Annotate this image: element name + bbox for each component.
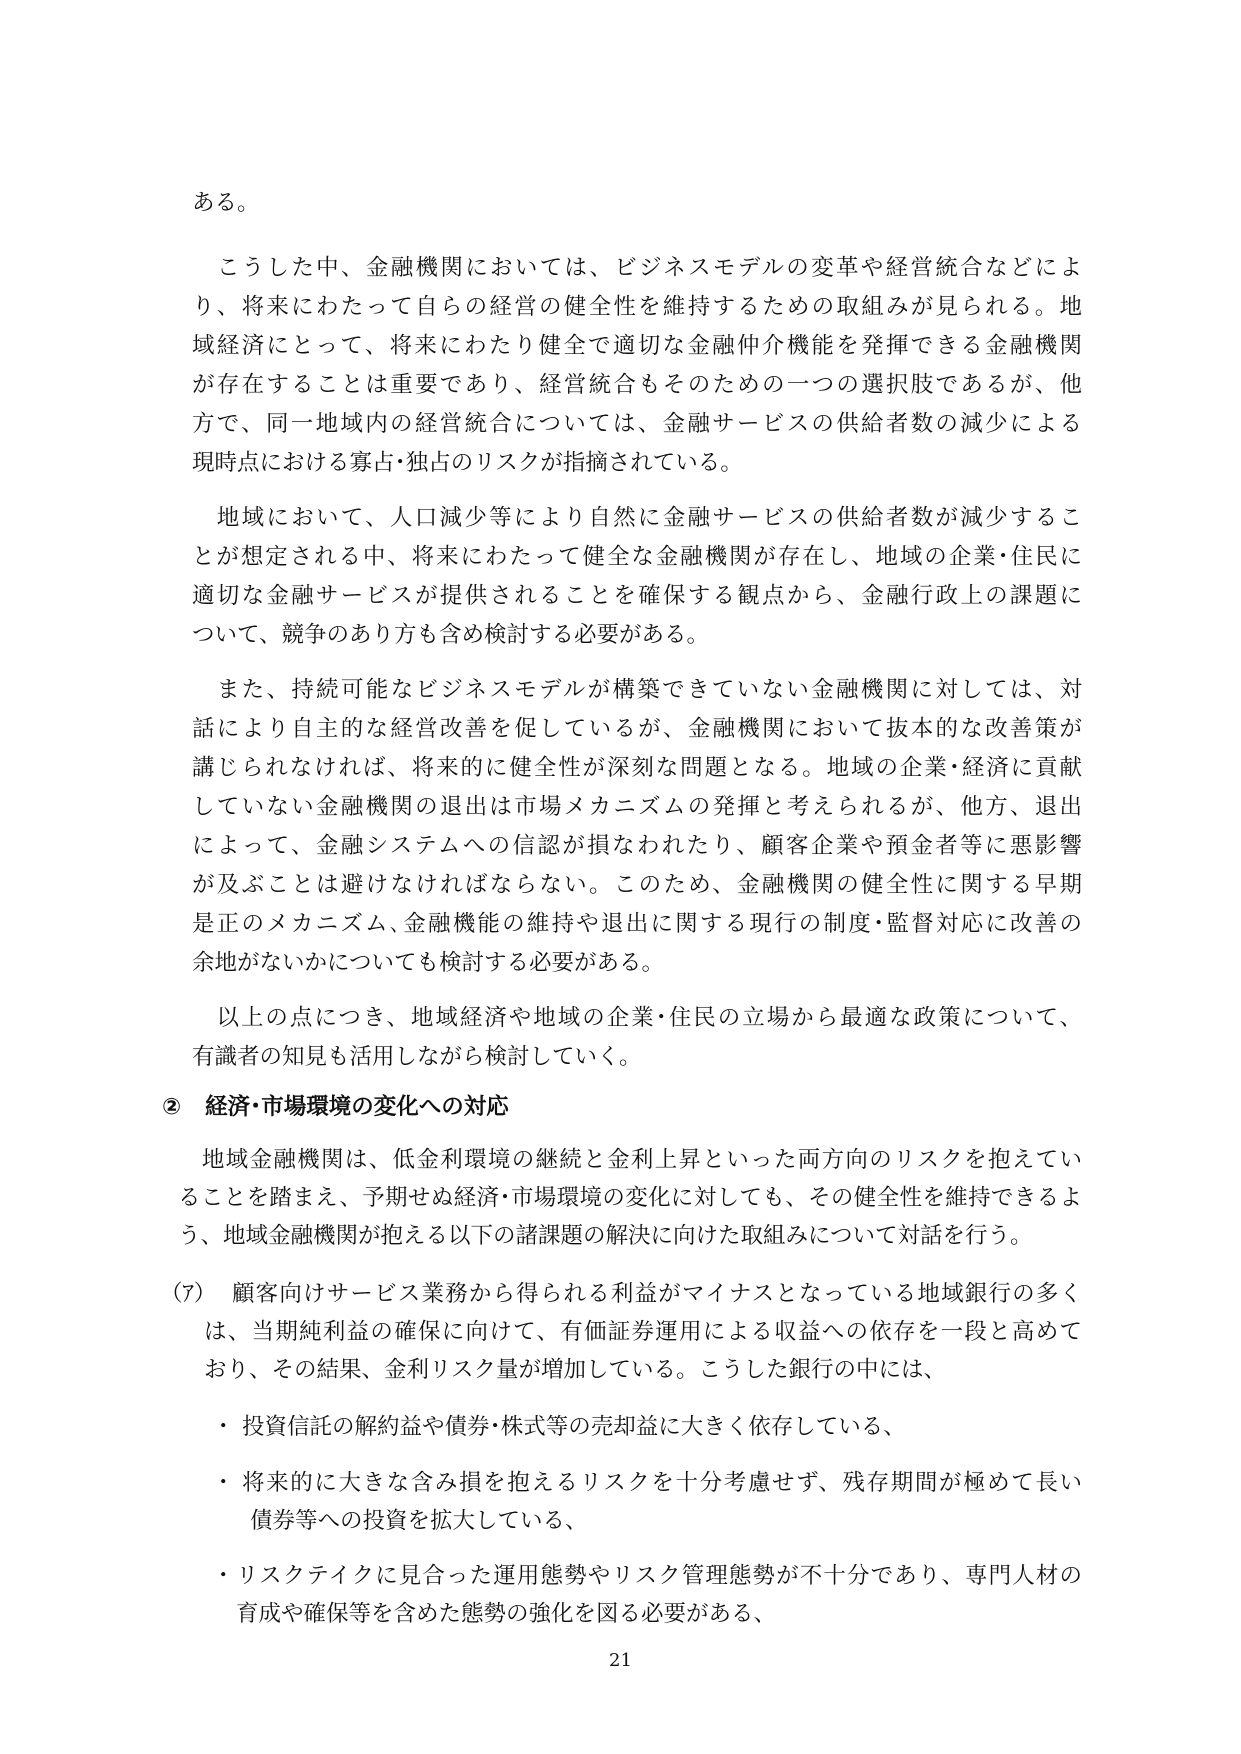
paragraph-line: 話により自主的な経営改善を促しているが、金融機関において抜本的な改善策が: [192, 714, 1082, 744]
page-number: 21: [0, 1650, 1241, 1671]
bullet-marker: ・: [212, 1468, 235, 1498]
paragraph-line: こうした中、金融機関においては、ビジネスモデルの変革や経営統合などによ: [192, 253, 1082, 283]
item-line: おり、その結果、金利リスク量が増加している。こうした銀行の中には、: [204, 1355, 946, 1385]
paragraph-line: り、将来にわたって自らの経営の健全性を維持するための取組みが見られる。地: [192, 292, 1082, 322]
paragraph-line: 有識者の知見も活用しながら検討していく。: [192, 1042, 642, 1072]
continuation-text: ある。: [192, 188, 260, 218]
paragraph-line: 地域金融機関は、低金利環境の継続と金利上昇といった両方向のリスクを抱えてい: [178, 1145, 1082, 1175]
paragraph-line: 地域において、人口減少等により自然に金融サービスの供給者数が減少するこ: [192, 503, 1082, 533]
item-label: （ｱ）: [160, 1279, 216, 1309]
paragraph-line: とが想定される中、将来にわたって健全な金融機関が存在し、地域の企業･住民に: [192, 542, 1082, 572]
paragraph-line: していない金融機関の退出は市場メカニズムの発揮と考えられるが、他方、退出: [192, 792, 1082, 822]
bullet-line: 債券等への投資を拡大している、: [250, 1506, 588, 1536]
paragraph-line: ることを踏まえ、予期せぬ経済･市場環境の変化に対しても、その健全性を維持できるよ: [178, 1183, 1082, 1213]
paragraph-line: が存在することは重要であり、経営統合もそのための一つの選択肢であるが、他: [192, 370, 1082, 400]
paragraph-line: が及ぶことは避けなければならない。このため、金融機関の健全性に関する早期: [192, 870, 1082, 900]
paragraph-line: 適切な金融サービスが提供されることを確保する観点から、金融行政上の課題に: [192, 581, 1082, 611]
bullet-line: 投資信託の解約益や債券･株式等の売却益に大きく依存している、: [242, 1412, 906, 1442]
bullet-line: 育成や確保等を含めた態勢の強化を図る必要がある、: [236, 1599, 776, 1629]
paragraph-line: 域経済にとって、将来にわたり健全で適切な金融仲介機能を発揮できる金融機関: [192, 331, 1082, 361]
section-number: ②: [162, 1092, 181, 1122]
paragraph-line: う、地域金融機関が抱える以下の諸課題の解決に向けた取組みについて対話を行う。: [178, 1221, 1033, 1251]
bullet-line: 将来的に大きな含み損を抱えるリスクを十分考慮せず、残存期間が極めて長い: [242, 1468, 1082, 1498]
bullet-line: リスクテイクに見合った運用態勢やリスク管理態勢が不十分であり、専門人材の: [236, 1561, 1082, 1591]
section-title: 経済･市場環境の変化への対応: [205, 1092, 509, 1122]
paragraph-line: 方で、同一地域内の経営統合については、金融サービスの供給者数の減少による: [192, 409, 1082, 439]
paragraph-line: また、持続可能なビジネスモデルが構築できていない金融機関に対しては、対: [192, 675, 1082, 705]
paragraph-line: 講じられなければ、将来的に健全性が深刻な問題となる。地域の企業･経済に貢献: [192, 753, 1082, 783]
bullet-marker: ・: [212, 1561, 235, 1591]
item-line: は、当期純利益の確保に向けて、有価証券運用による収益への依存を一段と高めて: [204, 1317, 1082, 1347]
paragraph-line: 是正のメカニズム､金融機能の維持や退出に関する現行の制度･監督対応に改善の: [192, 909, 1082, 939]
paragraph-line: 余地がないかについても検討する必要がある。: [192, 948, 664, 978]
item-line: 顧客向けサービス業務から得られる利益がマイナスとなっている地域銀行の多く: [232, 1279, 1082, 1309]
paragraph-line: ついて、競争のあり方も含め検討する必要がある。: [192, 620, 709, 650]
paragraph-line: 以上の点につき、地域経済や地域の企業･住民の立場から最適な政策について、: [192, 1003, 1082, 1033]
paragraph-line: 現時点における寡占･独占のリスクが指摘されている。: [192, 448, 743, 478]
paragraph-line: によって、金融システムへの信認が損なわれたり、顧客企業や預金者等に悪影響: [192, 831, 1082, 861]
bullet-marker: ・: [212, 1412, 235, 1442]
